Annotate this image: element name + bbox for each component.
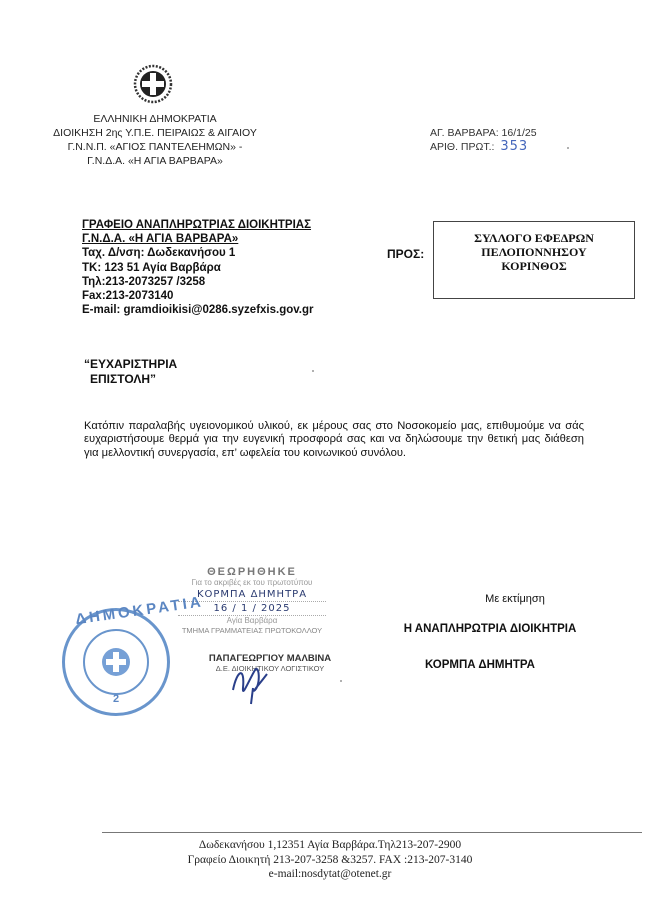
footer-line: Δωδεκανήσου 1,12351 Αγία Βαρβάρα.Τηλ213-… [100,838,560,853]
closing-block: Με εκτίμηση Η ΑΝΑΠΛΗΡΩΤΡΙΑ ΔΙΟΙΚΗΤΡΙΑ ΚΟ… [360,593,620,671]
seal-bottom-text: 2 [65,693,167,705]
sender-address: Ταχ. Δ/νση: Δωδεκανήσου 1 [82,246,314,260]
sender-hospital: Γ.Ν.Δ.Α. «Η ΑΓΙΑ ΒΑΡΒΑΡΑ» [82,232,314,246]
footer: Δωδεκανήσου 1,12351 Αγία Βαρβάρα.Τηλ213-… [100,838,560,882]
header-line: Γ.Ν.Δ.Α. «Η ΑΓΙΑ ΒΑΡΒΑΡΑ» [40,154,270,168]
recipient-line: ΚΟΡΙΝΘΟΣ [434,259,634,273]
sender-fax: Fax:213-2073140 [82,289,314,303]
closing-regards: Με εκτίμηση [410,593,620,605]
stamp-title: ΘΕΩΡΗΘΗΚΕ [172,566,332,578]
government-header: ΕΛΛΗΝΙΚΗ ΔΗΜΟΚΡΑΤΙΑ ΔΙΟΙΚΗΣΗ 2ης Υ.Π.Ε. … [40,112,270,168]
seal-top-text: ΔΗΜΟΚΡΑΤΙΑ [74,599,165,628]
recipient-line: ΣΥΛΛΟΓΟ ΕΦΕΔΡΩΝ [434,231,634,245]
stamp-place: Αγία Βαρβάρα [172,616,332,626]
greek-coat-of-arms-icon [133,64,173,104]
footer-line: Γραφείο Διοικητή 213-207-3258 &3257. FAX… [100,853,560,868]
sender-title: ΓΡΑΦΕΙΟ ΑΝΑΠΛΗΡΩΤΡΙΑΣ ΔΙΟΙΚΗΤΡΙΑΣ [82,218,314,232]
scan-speck [340,680,342,682]
sender-phone: Τηλ:213-2073257 /3258 [82,275,314,289]
stamp-subtitle: Για το ακριβές εκ του πρωτοτύπου [172,578,332,588]
recipient-box: ΣΥΛΛΟΓΟ ΕΦΕΔΡΩΝ ΠΕΛΟΠΟΝΝΗΣΟΥ ΚΟΡΙΝΘΟΣ [433,221,635,299]
recipient-label: ΠΡΟΣ: [387,247,424,261]
scan-speck [312,370,314,372]
footer-divider [102,832,642,833]
closing-name: ΚΟΡΜΠΑ ΔΗΜΗΤΡΑ [340,659,620,671]
signature-icon [225,660,275,706]
footer-line: e-mail:nosdytat@otenet.gr [100,867,560,882]
seal-cross-icon [113,652,119,672]
stamp-department: ΤΜΗΜΑ ΓΡΑΜΜΑΤΕΙΑΣ ΠΡΩΤΟΚΟΛΛΟΥ [172,626,332,636]
letter-body: Κατόπιν παραλαβής υγειονομικού υλικού, ε… [84,420,584,460]
closing-role: Η ΑΝΑΠΛΗΡΩΤΡΙΑ ΔΙΟΙΚΗΤΡΙΑ [360,623,620,635]
header-line: Γ.Ν.Ν.Π. «ΑΓΙΟΣ ΠΑΝΤΕΛΕΗΜΩΝ» - [40,140,270,154]
recipient-line: ΠΕΛΟΠΟΝΝΗΣΟΥ [434,245,634,259]
protocol-label: ΑΡΙΘ. ΠΡΩΤ.: [430,141,494,153]
sender-block: ΓΡΑΦΕΙΟ ΑΝΑΠΛΗΡΩΤΡΙΑΣ ΔΙΟΙΚΗΤΡΙΑΣ Γ.Ν.Δ.… [82,218,314,317]
official-round-seal: ΔΗΜΟΚΡΑΤΙΑ 2 [62,608,170,716]
subject-line: “ΕΥΧΑΡΙΣΤΗΡΙΑ [84,357,177,372]
header-line: ΕΛΛΗΝΙΚΗ ΔΗΜΟΚΡΑΤΙΑ [40,112,270,126]
reference-block: ΑΓ. ΒΑΡΒΑΡΑ: 16/1/25 ΑΡΙΘ. ΠΡΩΤ.: 353 [430,127,537,154]
protocol-number: 353 [500,139,528,154]
sender-email: E-mail: gramdioikisi@0286.syzefxis.gov.g… [82,303,314,317]
sender-postal: ΤΚ: 123 51 Αγία Βαρβάρα [82,261,314,275]
scan-speck [567,147,569,149]
subject: “ΕΥΧΑΡΙΣΤΗΡΙΑ ΕΠΙΣΤΟΛΗ” [84,357,177,386]
header-line: ΔΙΟΙΚΗΣΗ 2ης Υ.Π.Ε. ΠΕΙΡΑΙΩΣ & ΑΙΓΑΙΟΥ [40,126,270,140]
subject-line: ΕΠΙΣΤΟΛΗ” [84,372,177,387]
